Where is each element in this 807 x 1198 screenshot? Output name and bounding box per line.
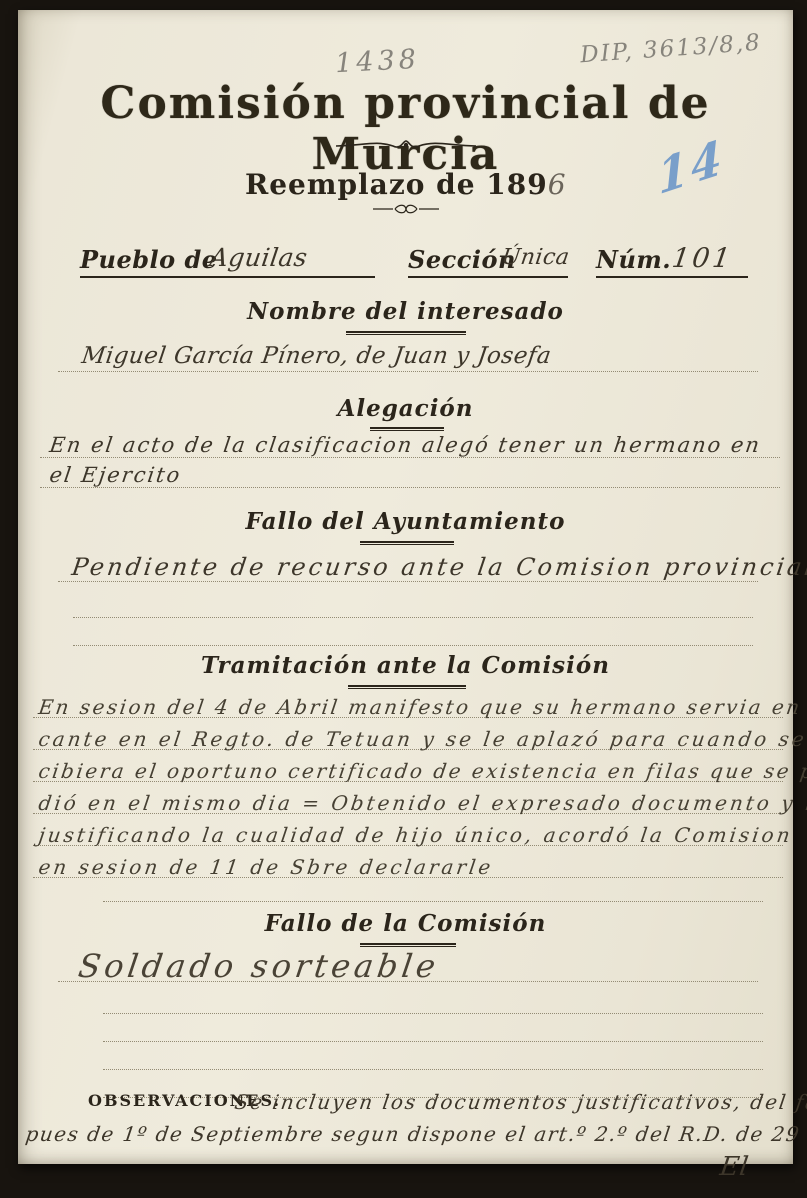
observaciones-handwritten-line-1: Se incluyen los documentos justificativo… xyxy=(233,1090,807,1114)
field-numero: Núm. 101 xyxy=(596,234,748,278)
fallo-ayuntamiento-empty-line-2 xyxy=(73,618,753,646)
observaciones-block: OBSERVACIONES. Se incluyen los documento… xyxy=(18,1078,793,1182)
handwritten-text: justificando la cualidad de hijo único, … xyxy=(37,823,794,847)
handwritten-text: En el acto de la clasificacion alegó ten… xyxy=(48,433,763,457)
tramitacion-line-5: justificando la cualidad de hijo único, … xyxy=(33,814,783,846)
field-pueblo: Pueblo de Aguilas xyxy=(80,234,375,278)
tramitacion-line-1: En sesion del 4 de Abril manifesto que s… xyxy=(33,686,783,718)
tramitacion-line-4: dió en el mismo dia = Obtenido el expres… xyxy=(33,782,783,814)
alegacion-line-2: el Ejercito xyxy=(40,458,780,488)
replacement-year-line: Reemplazo de 1896 xyxy=(18,168,793,201)
handwritten-text: En sesion del 4 de Abril manifesto que s… xyxy=(37,695,807,719)
alegacion-line-1: En el acto de la clasificacion alegó ten… xyxy=(40,422,780,458)
tramitacion-line-6: en sesion de 11 de Sbre declararle xyxy=(33,846,783,878)
fallo-comision-empty-line-3 xyxy=(103,1044,763,1070)
fallo-comision-line-1: Soldado sorteable xyxy=(58,926,758,982)
field-pueblo-value: Aguilas xyxy=(208,243,309,272)
replacement-flourish-ornament xyxy=(18,204,793,214)
field-pueblo-label: Pueblo de xyxy=(80,245,218,274)
field-numero-label: Núm. xyxy=(596,245,671,274)
handwritten-text: dió en el mismo dia = Obtenido el expres… xyxy=(37,791,807,815)
fallo-ayuntamiento-line-1: Pendiente de recurso ante la Comision pr… xyxy=(58,538,758,582)
rubric-initials: El xyxy=(718,1152,751,1182)
observaciones-handwritten-line-2: pues de 1º de Septiembre segun dispone e… xyxy=(24,1122,807,1146)
tramitacion-line-2: cante en el Regto. de Tetuan y se le apl… xyxy=(33,718,783,750)
section-heading-tramitacion: Tramitación ante la Comisión xyxy=(18,652,793,679)
scanned-document-photo: { "annotations": { "pencil_number": "143… xyxy=(0,0,807,1198)
interested-party-name: Miguel García Pínero, de Juan y Josefa xyxy=(80,343,553,369)
section-heading-alegacion: Alegación xyxy=(18,395,793,422)
handwritten-text: en sesion de 11 de Sbre declararle xyxy=(37,855,495,879)
tramitacion-line-3: cibiera el oportuno certificado de exist… xyxy=(33,750,783,782)
fallo-comision-empty-line-1 xyxy=(103,988,763,1014)
field-seccion: Sección Única xyxy=(408,234,568,278)
fallo-comision-empty-line-2 xyxy=(103,1016,763,1042)
section-heading-nombre: Nombre del interesado xyxy=(18,298,793,325)
section-heading-fallo-ayuntamiento: Fallo del Ayuntamiento xyxy=(18,508,793,535)
name-handwritten-line: Miguel García Pínero, de Juan y Josefa xyxy=(58,332,758,372)
handwritten-text: cante en el Regto. de Tetuan y se le apl… xyxy=(37,727,807,751)
replacement-label: Reemplazo de 189 xyxy=(245,168,548,201)
fallo-ayuntamiento-empty-line-1 xyxy=(73,590,753,618)
handwritten-text: Pendiente de recurso ante la Comision pr… xyxy=(70,553,807,581)
document-page: 1438 DIP, 3613/8,8 Comisión provincial d… xyxy=(18,10,793,1164)
replacement-year-handwritten: 6 xyxy=(548,168,566,201)
field-seccion-value: Única xyxy=(500,245,571,270)
handwritten-text: cibiera el oportuno certificado de exist… xyxy=(37,759,807,783)
commission-ruling-text: Soldado sorteable xyxy=(76,947,442,985)
field-numero-value: 101 xyxy=(670,243,735,274)
tramitacion-empty-line-1 xyxy=(103,878,763,902)
handwritten-text: el Ejercito xyxy=(48,463,183,487)
